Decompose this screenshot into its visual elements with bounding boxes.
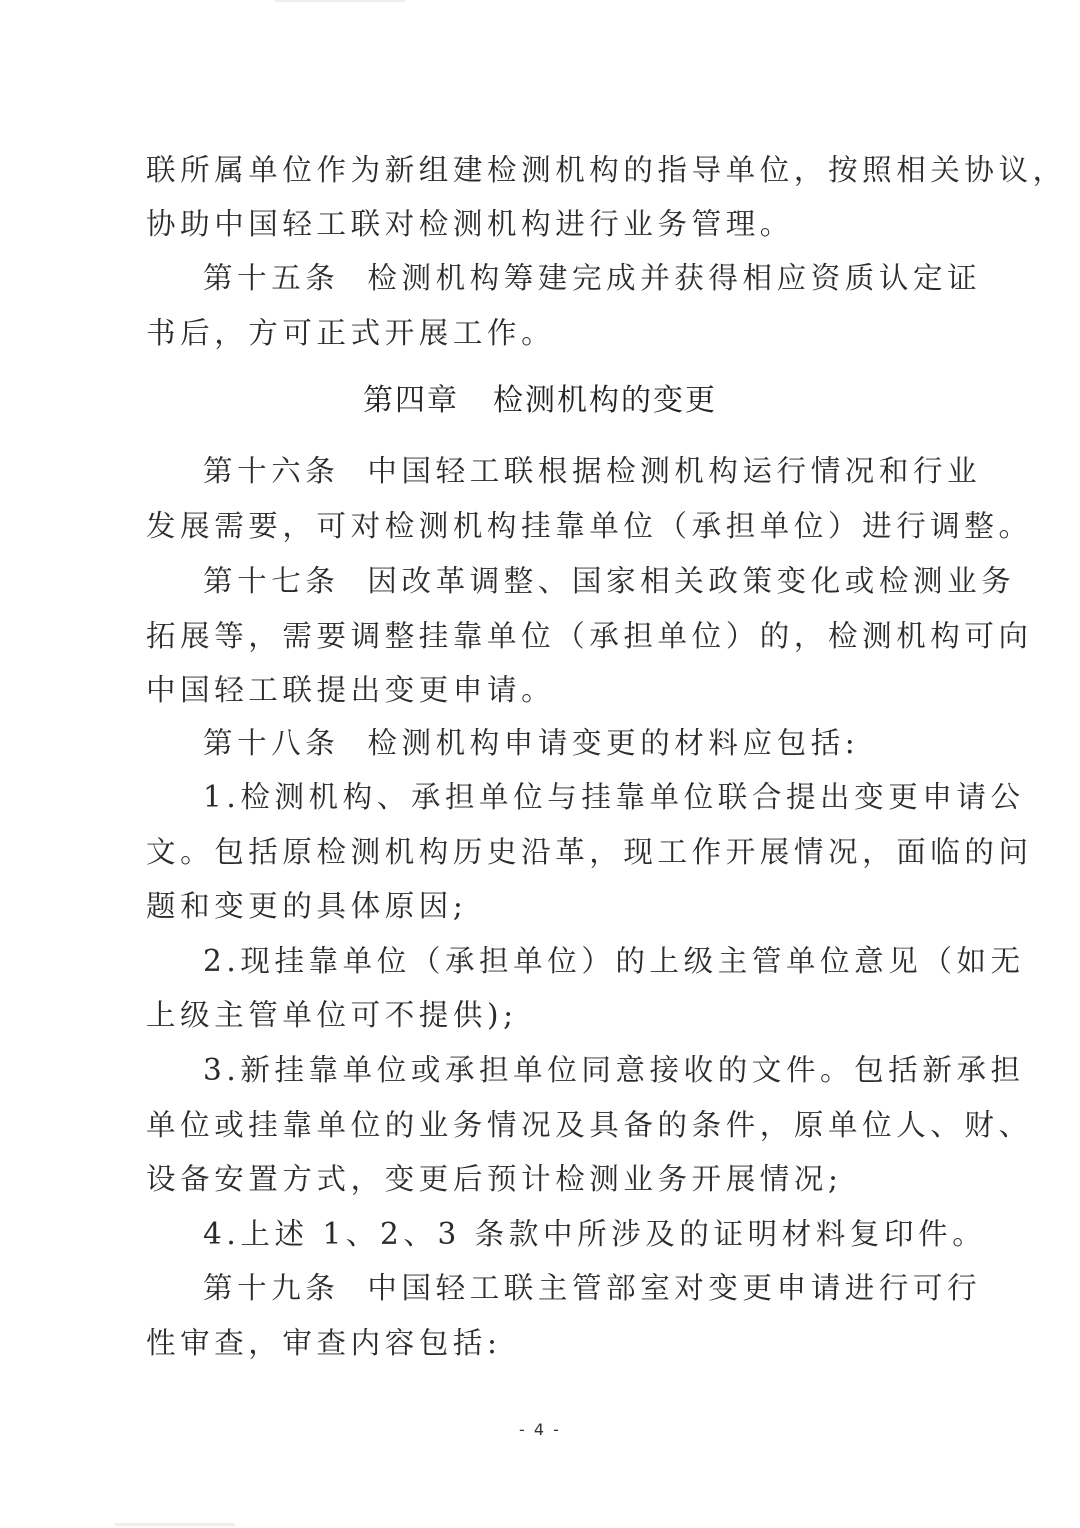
article-17-line-1: 第十七条因改革调整、国家相关政策变化或检测业务 (203, 561, 963, 601)
article-number: 第十九条 (203, 1271, 339, 1305)
list-item-4-line-1: 4.上述 1、2、3 条款中所涉及的证明材料复印件。 (203, 1214, 963, 1254)
list-item-2-line-2: 上级主管单位可不提供); (146, 995, 906, 1035)
chapter-title: 检测机构的变更 (493, 383, 717, 418)
page-number: - 4 - (0, 1420, 1080, 1439)
scan-artifact (275, 0, 405, 2)
article-16-line-2: 发展需要，可对检测机构挂靠单位（承担单位）进行调整。 (146, 506, 906, 546)
article-number: 第十八条 (203, 726, 339, 760)
chapter-number: 第四章 (363, 383, 459, 418)
article-text: 检测机构筹建完成并获得相应资质认定证 (367, 261, 981, 295)
article-17-line-2: 拓展等，需要调整挂靠单位（承担单位）的，检测机构可向 (146, 616, 906, 656)
list-item-3-line-2: 单位或挂靠单位的业务情况及具备的条件，原单位人、财、 (146, 1105, 906, 1145)
article-text: 因改革调整、国家相关政策变化或检测业务 (367, 564, 1015, 598)
chapter-heading: 第四章检测机构的变更 (0, 381, 1080, 421)
list-item-1-line-1: 1.检测机构、承担单位与挂靠单位联合提出变更申请公 (203, 777, 963, 817)
scan-artifact (115, 1523, 235, 1526)
article-text: 中国轻工联根据检测机构运行情况和行业 (367, 454, 981, 488)
list-item-3-line-3: 设备安置方式，变更后预计检测业务开展情况; (146, 1159, 906, 1199)
article-15-line-1: 第十五条检测机构筹建完成并获得相应资质认定证 (203, 258, 963, 298)
list-item-1-line-3: 题和变更的具体原因; (146, 886, 906, 926)
article-18-line-1: 第十八条检测机构申请变更的材料应包括: (203, 723, 963, 763)
article-number: 第十五条 (203, 261, 339, 295)
list-item-1-line-2: 文。包括原检测机构历史沿革，现工作开展情况，面临的问 (146, 832, 906, 872)
list-item-3-line-1: 3.新挂靠单位或承担单位同意接收的文件。包括新承担 (203, 1050, 963, 1090)
article-19-line-1: 第十九条中国轻工联主管部室对变更申请进行可行 (203, 1268, 963, 1308)
article-15-line-2: 书后，方可正式开展工作。 (146, 313, 906, 353)
article-16-line-1: 第十六条中国轻工联根据检测机构运行情况和行业 (203, 451, 963, 491)
article-text: 中国轻工联主管部室对变更申请进行可行 (367, 1271, 981, 1305)
article-number: 第十六条 (203, 454, 339, 488)
article-17-line-3: 中国轻工联提出变更申请。 (146, 670, 906, 710)
list-item-2-line-1: 2.现挂靠单位（承担单位）的上级主管单位意见（如无 (203, 941, 963, 981)
paragraph-line: 协助中国轻工联对检测机构进行业务管理。 (146, 204, 906, 244)
article-19-line-2: 性审查，审查内容包括: (146, 1323, 906, 1363)
article-number: 第十七条 (203, 564, 339, 598)
document-page: 联所属单位作为新组建检测机构的指导单位，按照相关协议， 协助中国轻工联对检测机构… (0, 0, 1080, 1528)
paragraph-line: 联所属单位作为新组建检测机构的指导单位，按照相关协议， (146, 150, 906, 190)
article-text: 检测机构申请变更的材料应包括: (367, 726, 859, 760)
